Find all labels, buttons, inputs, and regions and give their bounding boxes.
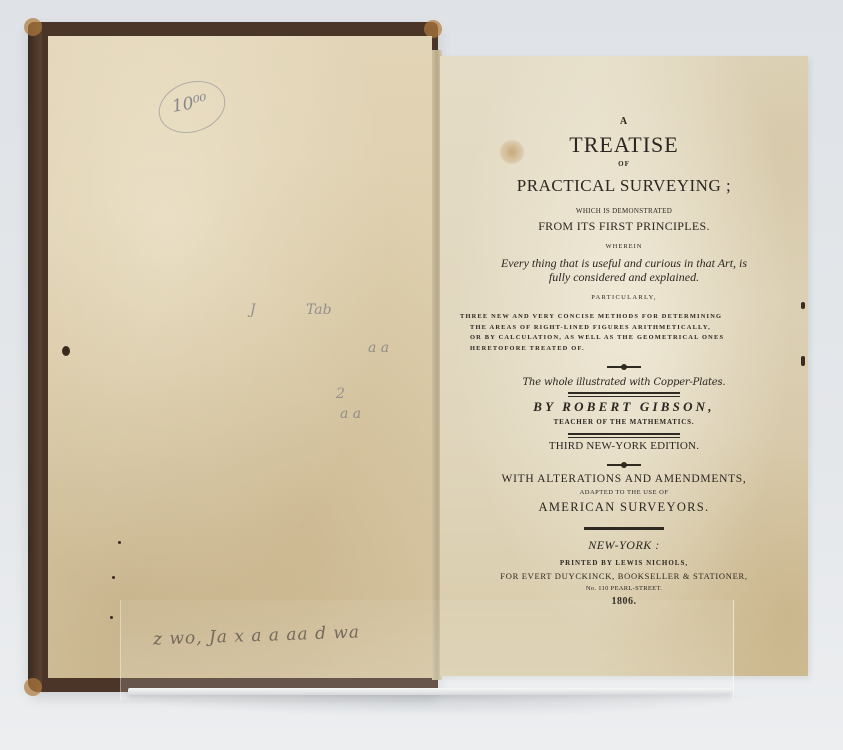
title-page: A TREATISE OF PRACTICAL SURVEYING ; WHIC…	[440, 56, 808, 676]
which-line: WHICH IS DEMONSTRATED	[440, 207, 808, 215]
every-line-1: Every thing that is useful and curious i…	[440, 256, 808, 271]
pencil-note: Tab	[306, 302, 332, 318]
author-line: BY ROBERT GIBSON,	[440, 399, 808, 415]
damage-spot	[62, 346, 70, 356]
pencil-note: a a	[340, 406, 361, 422]
methods-paragraph: THREE NEW AND VERY CONCISE METHODS FOR D…	[440, 312, 800, 354]
stand-shadow	[120, 695, 760, 717]
acrylic-stand	[120, 600, 734, 700]
photo-scene: 10⁰⁰ J Tab a a 2 a a z wo, Ja x a a aa d…	[0, 0, 843, 750]
edge-damage	[801, 302, 805, 309]
front-pastedown-page: 10⁰⁰ J Tab a a 2 a a z wo, Ja x a a aa d…	[48, 36, 432, 678]
methods-line: THE AREAS OF RIGHT-LINED FIGURES ARITHME…	[460, 323, 800, 334]
worn-corner	[24, 678, 42, 696]
ornament-rule	[607, 464, 641, 466]
edge-damage	[801, 356, 805, 366]
ornament-rule	[607, 366, 641, 368]
pencil-note: 2	[336, 386, 345, 402]
wherein-line: WHEREIN	[440, 243, 808, 250]
address-line: No. 110 PEARL-STREET.	[440, 585, 808, 592]
alterations-line: WITH ALTERATIONS AND AMENDMENTS,	[440, 473, 808, 485]
particularly-line: PARTICULARLY,	[440, 294, 808, 301]
methods-line: OR BY CALCULATION, AS WELL AS THE GEOMET…	[460, 333, 800, 344]
ornament-rule	[584, 527, 664, 530]
foxing-spot	[118, 541, 121, 544]
title-of: OF	[440, 160, 808, 168]
methods-line: HERETOFORE TREATED OF.	[460, 344, 800, 355]
acrylic-stand-lip	[128, 688, 732, 695]
pencil-note: a a	[368, 340, 389, 356]
illustrated-line: The whole illustrated with Copper-Plates…	[440, 377, 808, 388]
title-article: A	[440, 116, 808, 127]
double-rule	[568, 392, 680, 397]
title-main: TREATISE	[440, 132, 808, 158]
foxing-spot	[110, 616, 113, 619]
foxing-spot	[112, 576, 115, 579]
printer-line: PRINTED BY LEWIS NICHOLS,	[440, 559, 808, 567]
author-title: TEACHER OF THE MATHEMATICS.	[440, 418, 808, 426]
city-line: NEW-YORK :	[440, 538, 808, 553]
methods-line: THREE NEW AND VERY CONCISE METHODS FOR D…	[460, 313, 722, 320]
bookseller-line: FOR EVERT DUYCKINCK, BOOKSELLER & STATIO…	[440, 571, 808, 581]
title-subject: PRACTICAL SURVEYING ;	[440, 176, 808, 196]
adapted-line: ADAPTED TO THE USE OF	[440, 489, 808, 496]
edition-line: THIRD NEW-YORK EDITION.	[440, 440, 808, 452]
audience-line: AMERICAN SURVEYORS.	[440, 500, 808, 515]
pencil-note: J	[250, 302, 256, 318]
double-rule	[568, 433, 680, 438]
from-line: FROM ITS FIRST PRINCIPLES.	[440, 219, 808, 234]
worn-corner	[24, 18, 42, 36]
every-line-2: fully considered and explained.	[440, 270, 808, 285]
